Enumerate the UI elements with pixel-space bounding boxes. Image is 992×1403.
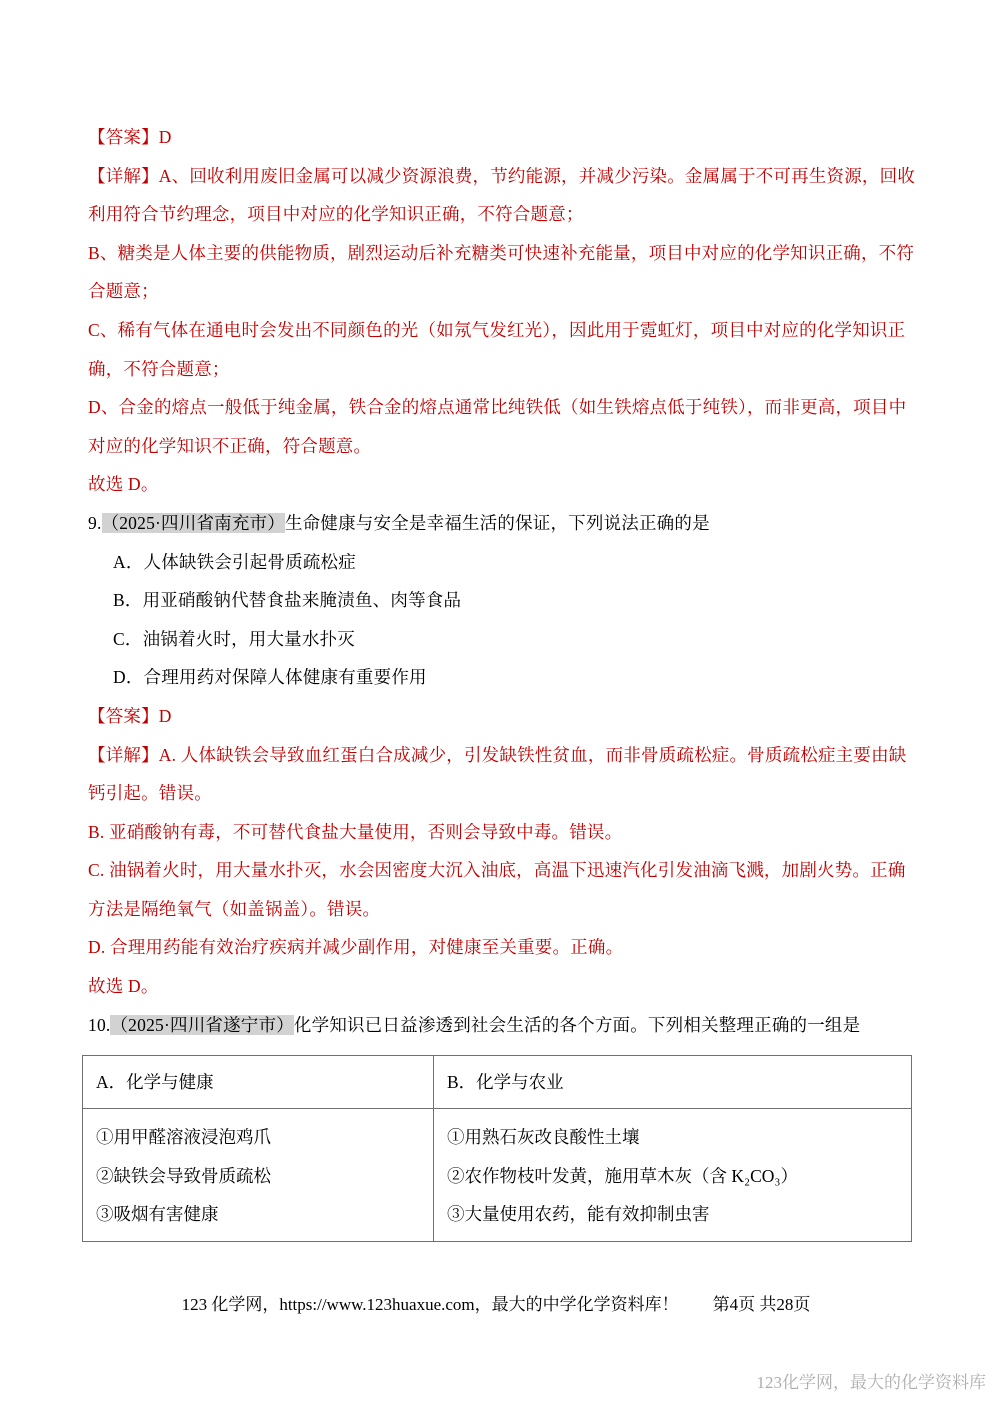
question-9-line: 9.（2025·四川省南充市）生命健康与安全是幸福生活的保证，下列说法正确的是 — [88, 504, 922, 543]
text-line: 钙引起。错误。 — [88, 774, 922, 813]
answer-9-detail-lines: 【详解】A. 人体缺铁会导致血红蛋白合成减少，引发缺铁性贫血，而非骨质疏松症。骨… — [88, 736, 922, 1006]
question-9-options: A．人体缺铁会引起骨质疏松症B．用亚硝酸钠代替食盐来腌渍鱼、肉等食品C．油锅着火… — [88, 543, 922, 697]
footer-page-number: 第4页 共28页 — [713, 1295, 811, 1314]
footer-site-text: 123 化学网，https://www.123huaxue.com，最大的中学化… — [182, 1295, 679, 1314]
table-cell-a-items: ①用甲醛溶液浸泡鸡爪②缺铁会导致骨质疏松③吸烟有害健康 — [96, 1118, 433, 1233]
text-line: D、合金的熔点一般低于纯金属，铁合金的熔点通常比纯铁低（如生铁熔点低于纯铁），而… — [88, 388, 922, 427]
text-line: C、稀有气体在通电时会发出不同颜色的光（如氖气发红光），因此用于霓虹灯，项目中对… — [88, 311, 922, 350]
question-9-source-highlight: （2025·四川省南充市） — [102, 513, 285, 533]
text-line: 对应的化学知识不正确，符合题意。 — [88, 427, 922, 466]
text-line: C. 油锅着火时，用大量水扑灭，水会因密度大沉入油底，高温下迅速汽化引发油滴飞溅… — [88, 851, 922, 890]
table-body-row: ①用甲醛溶液浸泡鸡爪②缺铁会导致骨质疏松③吸烟有害健康 ①用熟石灰改良酸性土壤②… — [83, 1109, 912, 1242]
document-body: 【答案】D 【详解】A、回收利用废旧金属可以减少资源浪费，节约能源，并减少污染。… — [88, 118, 922, 1242]
question-9-number: 9. — [88, 513, 102, 533]
text-line: ③大量使用农药，能有效抑制虫害 — [447, 1195, 911, 1233]
text-line: C．油锅着火时，用大量水扑灭 — [88, 620, 922, 659]
text-line: 方法是隔绝氧气（如盖锅盖）。错误。 — [88, 890, 922, 929]
question-10-source-highlight: （2025·四川省遂宁市） — [110, 1015, 293, 1035]
question-10-stem: 化学知识已日益渗透到社会生活的各个方面。下列相关整理正确的一组是 — [294, 1015, 860, 1035]
text-line: 故选 D。 — [88, 967, 922, 1006]
text-line: B．用亚硝酸钠代替食盐来腌渍鱼、肉等食品 — [88, 581, 922, 620]
text-line: 故选 D。 — [88, 465, 922, 504]
answer-8-detail-lines: 【详解】A、回收利用废旧金属可以减少资源浪费，节约能源，并减少污染。金属属于不可… — [88, 157, 922, 504]
text-line: 合题意； — [88, 272, 922, 311]
answer-8-label: 【答案】D — [88, 118, 922, 157]
question-10-table: A．化学与健康 B．化学与农业 ①用甲醛溶液浸泡鸡爪②缺铁会导致骨质疏松③吸烟有… — [82, 1055, 912, 1242]
question-10-number: 10. — [88, 1015, 110, 1035]
text-line: B. 亚硝酸钠有毒，不可替代食盐大量使用，否则会导致中毒。错误。 — [88, 813, 922, 852]
text-line: 利用符合节约理念，项目中对应的化学知识正确，不符合题意； — [88, 195, 922, 234]
text-line: 【详解】A. 人体缺铁会导致血红蛋白合成减少，引发缺铁性贫血，而非骨质疏松症。骨… — [88, 736, 922, 775]
table-header-b: B．化学与农业 — [434, 1056, 912, 1109]
corner-watermark: 123化学网，最大的化学资料库 — [757, 1371, 987, 1395]
text-line: 【详解】A、回收利用废旧金属可以减少资源浪费，节约能源，并减少污染。金属属于不可… — [88, 157, 922, 196]
text-line: ①用熟石灰改良酸性土壤 — [447, 1118, 911, 1156]
text-line: ②农作物枝叶发黄，施用草木灰（含 K₂CO₃） — [447, 1157, 911, 1195]
table-cell-a: ①用甲醛溶液浸泡鸡爪②缺铁会导致骨质疏松③吸烟有害健康 — [83, 1109, 434, 1242]
text-line: D．合理用药对保障人体健康有重要作用 — [88, 658, 922, 697]
text-line: D. 合理用药能有效治疗疾病并减少副作用，对健康至关重要。正确。 — [88, 928, 922, 967]
text-line: A．人体缺铁会引起骨质疏松症 — [88, 543, 922, 582]
text-line: 确，不符合题意； — [88, 350, 922, 389]
text-line: B、糖类是人体主要的供能物质，剧烈运动后补充糖类可快速补充能量，项目中对应的化学… — [88, 234, 922, 273]
question-9-stem: 生命健康与安全是幸福生活的保证，下列说法正确的是 — [285, 513, 710, 533]
text-line: ③吸烟有害健康 — [96, 1195, 433, 1233]
table-cell-b-items: ①用熟石灰改良酸性土壤②农作物枝叶发黄，施用草木灰（含 K₂CO₃）③大量使用农… — [447, 1118, 911, 1233]
text-line: ①用甲醛溶液浸泡鸡爪 — [96, 1118, 433, 1156]
answer-9-label: 【答案】D — [88, 697, 922, 736]
table-header-a: A．化学与健康 — [83, 1056, 434, 1109]
text-line: ②缺铁会导致骨质疏松 — [96, 1157, 433, 1195]
question-10-line: 10.（2025·四川省遂宁市）化学知识已日益渗透到社会生活的各个方面。下列相关… — [88, 1006, 922, 1045]
table-header-row: A．化学与健康 B．化学与农业 — [83, 1056, 912, 1109]
page-footer: 123 化学网，https://www.123huaxue.com，最大的中学化… — [0, 1293, 992, 1317]
document-page: 【答案】D 【详解】A、回收利用废旧金属可以减少资源浪费，节约能源，并减少污染。… — [0, 0, 992, 1403]
table-cell-b: ①用熟石灰改良酸性土壤②农作物枝叶发黄，施用草木灰（含 K₂CO₃）③大量使用农… — [434, 1109, 912, 1242]
